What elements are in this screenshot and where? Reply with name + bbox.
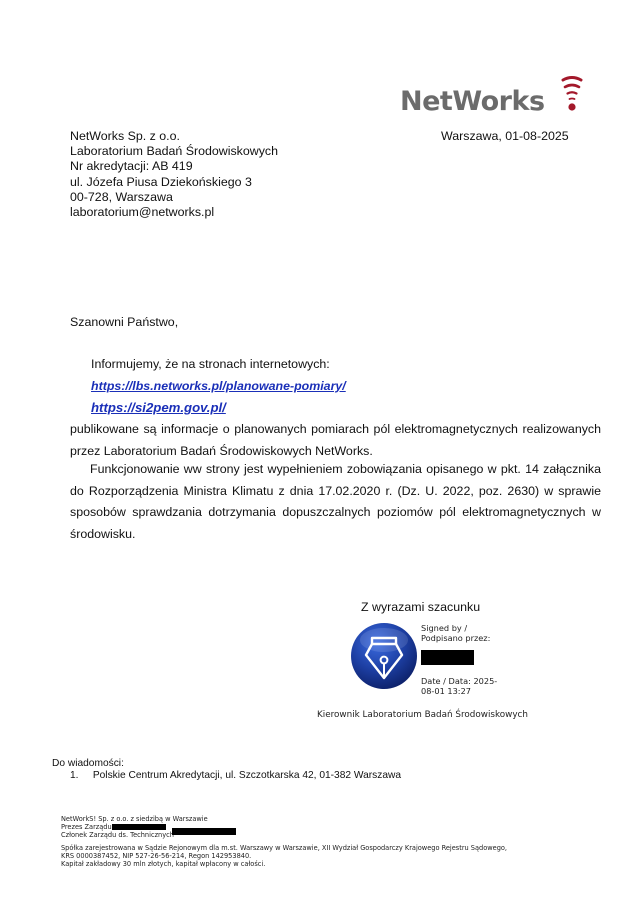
- redacted-signer-name: [421, 650, 474, 665]
- company-logo: NetWorks: [400, 74, 590, 118]
- redacted-board-member-name: [172, 828, 236, 835]
- sender-street: ul. Józefa Piusa Dziekońskiego 3: [70, 175, 278, 190]
- cc-label: Do wiadomości:: [52, 758, 124, 769]
- footer-registration: Spółka zarejestrowana w Sądzie Rejonowym…: [61, 845, 507, 868]
- signed-by-line2: Podpisano przez:: [421, 633, 490, 643]
- signed-by-line1: Signed by /: [421, 623, 490, 633]
- body-paragraph-2: Funkcjonowanie ww strony jest wypełnieni…: [70, 459, 601, 545]
- cc-item-text: Polskie Centrum Akredytacji, ul. Szczotk…: [93, 770, 401, 781]
- wifi-signal-icon: [560, 74, 584, 114]
- sender-accreditation: Nr akredytacji: AB 419: [70, 159, 278, 174]
- sender-company: NetWorks Sp. z o.o.: [70, 129, 278, 144]
- footer-capital-line: Kapitał zakładowy 30 mln złotych, kapita…: [61, 861, 507, 869]
- signer-title: Kierownik Laboratorium Badań Środowiskow…: [317, 710, 528, 720]
- link-si2pem[interactable]: https://si2pem.gov.pl/: [91, 400, 226, 415]
- intro-text: Informujemy, że na stronach internetowyc…: [91, 357, 330, 371]
- closing-phrase: Z wyrazami szacunku: [361, 600, 480, 614]
- sender-email: laboratorium@networks.pl: [70, 205, 278, 220]
- signature-date: Date / Data: 2025- 08-01 13:27: [421, 676, 497, 697]
- cc-list-item: 1. Polskie Centrum Akredytacji, ul. Szcz…: [70, 770, 401, 781]
- letter-date: Warszawa, 01-08-2025: [441, 129, 569, 143]
- salutation: Szanowni Państwo,: [70, 315, 178, 329]
- signature-date-line2: 08-01 13:27: [421, 686, 497, 696]
- body-paragraph-1: publikowane są informacje o planowanych …: [70, 419, 601, 462]
- signed-by-label: Signed by / Podpisano przez:: [421, 623, 490, 644]
- fountain-pen-icon: [350, 622, 418, 690]
- signature-date-line1: Date / Data: 2025-: [421, 676, 497, 686]
- logo-text: NetWorks: [400, 86, 545, 117]
- sender-address: NetWorks Sp. z o.o. Laboratorium Badań Ś…: [70, 129, 278, 220]
- link-planned-measurements[interactable]: https://lbs.networks.pl/planowane-pomiar…: [91, 379, 346, 393]
- cc-item-number: 1.: [70, 770, 90, 781]
- sender-department: Laboratorium Badań Środowiskowych: [70, 144, 278, 159]
- redacted-president-name: [112, 824, 166, 830]
- sender-city: 00-728, Warszawa: [70, 190, 278, 205]
